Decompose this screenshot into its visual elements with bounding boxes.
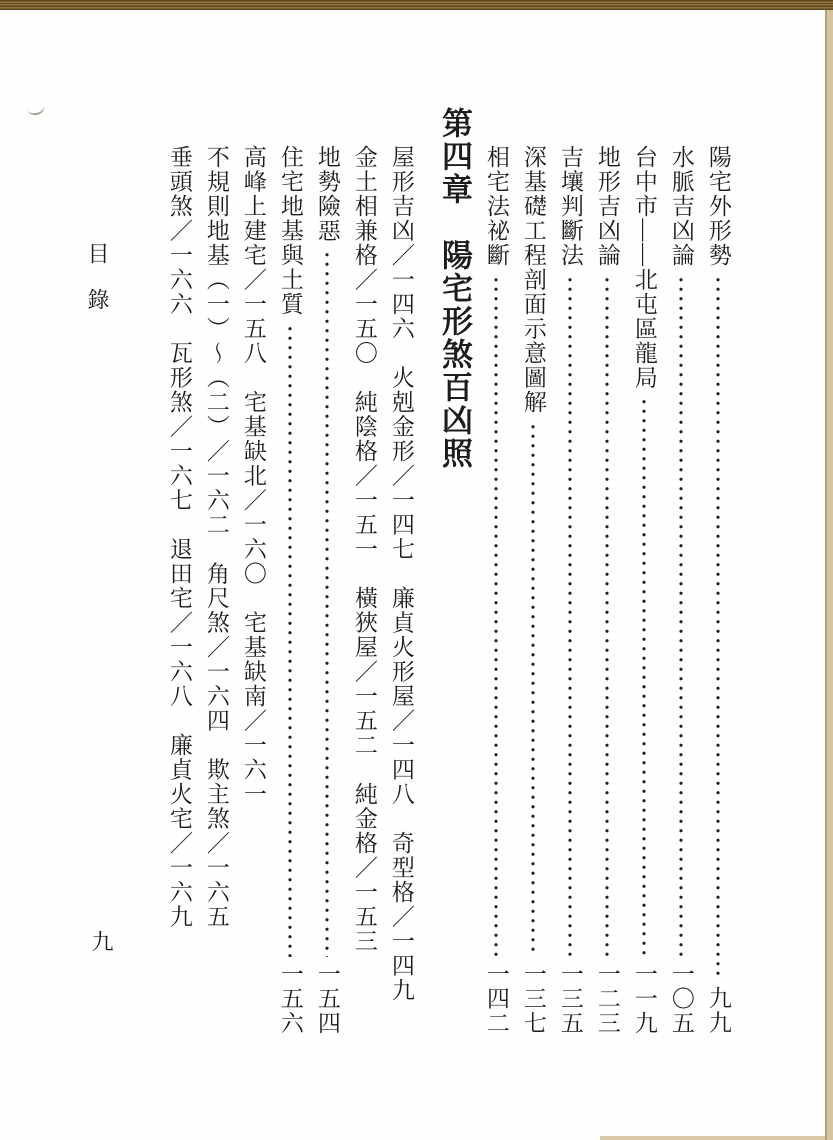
entry-title: 地形吉凶論 [594,145,619,268]
entry-page-number: 一〇五 [668,962,693,1036]
chapter-heading-text: 第四章 陽宅形煞百凶照 [437,107,472,470]
book-edge-bottom-band [600,1136,825,1140]
scanned-toc-page: { "page": { "toc_label": "目錄", "folio": … [0,0,833,1140]
entry-page-number: 一一九 [631,962,656,1036]
entry-title: 陽宅外形勢 [705,145,730,268]
dot-leader [285,324,295,957]
dot-leader [565,275,575,957]
dot-leader [676,275,686,957]
toc-entry: 不規則地基（一）～（二）／一六二 角尺煞／一六四 欺主煞／一六五 [203,145,228,1035]
entry-page-number: 一三五 [557,962,582,1036]
toc-entry: 地形吉凶論一二三 [594,145,619,1035]
entry-title: 深基礎工程剖面示意圖解 [520,145,545,415]
toc-entry: 陽宅外形勢九九 [705,145,730,1035]
dot-leader [528,422,538,957]
toc-entry: 高峰上建宅／一五八 宅基缺北／一六〇 宅基缺南／一六一 [240,145,265,1035]
dot-leader [322,250,332,957]
toc-entry: 深基礎工程剖面示意圖解一三七 [520,145,545,1035]
book-edge-top-band [0,0,833,10]
folio-page-number: 九 [86,930,117,952]
scratch-mark [27,104,46,117]
entry-title: 金土相兼格／一五〇 純陰格／一五一 橫狹屋／一五二 純金格／一五三 [351,145,376,954]
entry-page-number: 一二三 [594,962,619,1036]
toc-entry: 住宅地基與土質一五六 [277,145,302,1035]
entry-title: 水脈吉凶論 [668,145,693,268]
entry-title: 吉壤判斷法 [557,145,582,268]
entry-page-number: 一四二 [483,962,508,1036]
entry-page-number: 一五四 [314,962,339,1036]
entry-page-number: 九九 [705,986,730,1035]
toc-running-head: 目錄 [82,242,113,334]
entry-title: 垂頭煞／一六六 瓦形煞／一六七 退田宅／一六八 廉貞火宅／一六九 [166,145,191,929]
toc-entry: 水脈吉凶論一〇五 [668,145,693,1035]
dot-leader [602,275,612,957]
toc-entry: 垂頭煞／一六六 瓦形煞／一六七 退田宅／一六八 廉貞火宅／一六九 [166,145,191,1035]
entry-page-number: 一五六 [277,962,302,1036]
toc-entry: 屋形吉凶／一四六 火剋金形／一四七 廉貞火形屋／一四八 奇型格／一四九 [388,145,413,1035]
chapter-heading: 第四章 陽宅形煞百凶照 [425,107,471,1035]
toc-entry: 吉壤判斷法一三五 [557,145,582,1035]
entry-title: 不規則地基（一）～（二）／一六二 角尺煞／一六四 欺主煞／一六五 [203,145,228,929]
dot-leader [639,397,649,957]
toc-entry: 地勢險惡一五四 [314,145,339,1035]
toc-entry: 相宅法祕斷一四二 [483,145,508,1035]
entry-title: 高峰上建宅／一五八 宅基缺北／一六〇 宅基缺南／一六一 [240,145,265,807]
toc-columns: 陽宅外形勢九九水脈吉凶論一〇五台中市——北屯區龍局一一九地形吉凶論一二三吉壤判斷… [154,145,730,1035]
entry-title: 地勢險惡 [314,145,339,243]
dot-leader [713,275,723,982]
entry-title: 屋形吉凶／一四六 火剋金形／一四七 廉貞火形屋／一四八 奇型格／一四九 [388,145,413,1003]
toc-entry: 金土相兼格／一五〇 純陰格／一五一 橫狹屋／一五二 純金格／一五三 [351,145,376,1035]
entry-title: 台中市——北屯區龍局 [631,145,656,390]
toc-entry: 台中市——北屯區龍局一一九 [631,145,656,1035]
book-edge-right-band [825,10,833,1140]
entry-title: 相宅法祕斷 [483,145,508,268]
entry-title: 住宅地基與土質 [277,145,302,317]
entry-page-number: 一三七 [520,962,545,1036]
dot-leader [491,275,501,957]
